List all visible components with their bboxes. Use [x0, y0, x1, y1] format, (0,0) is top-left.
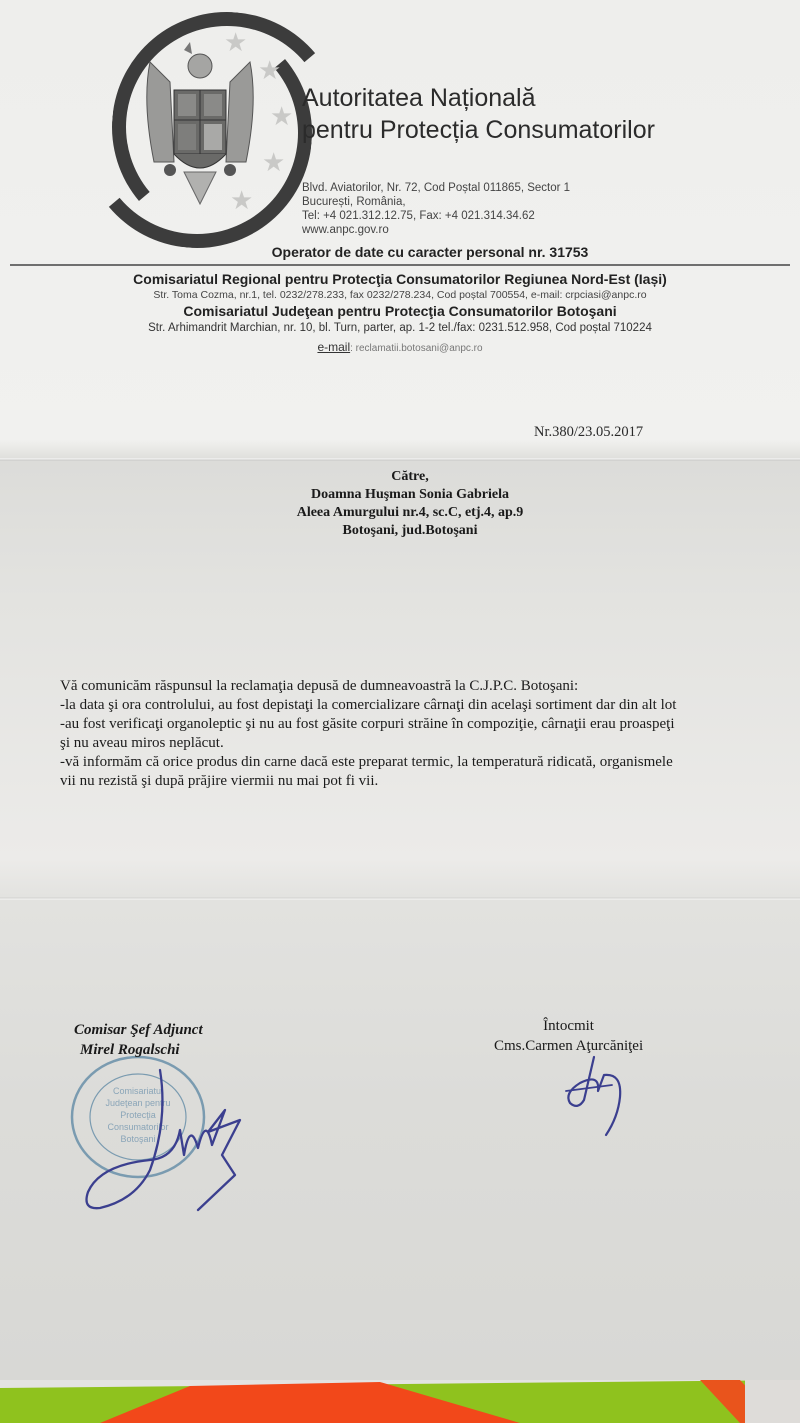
address-line: București, România,: [302, 195, 570, 209]
star-icon: ★: [262, 150, 285, 176]
header-divider: [10, 264, 790, 266]
county-office-title: Comisariatul Judeţean pentru Protecţia C…: [0, 302, 800, 320]
paper-fold: [0, 897, 800, 900]
recipient-salutation: Către,: [20, 468, 800, 486]
recipient-street: Aleea Amurgului nr.4, sc.C, etj.4, ap.9: [20, 504, 800, 522]
reference-number: Nr.380/23.05.2017: [534, 424, 643, 441]
signatory-name: Mirel Rogalschi: [74, 1040, 203, 1060]
star-icon: ★: [258, 58, 281, 84]
address-line: Blvd. Aviatorilor, Nr. 72, Cod Poștal 01…: [302, 181, 570, 195]
letter-page: ★ ★ ★ ★ ★ Autoritatea Națională pentru P…: [0, 0, 800, 1400]
email-label: e-mail: [317, 340, 350, 354]
body-paragraph: şi nu aveau miros neplăcut.: [60, 734, 780, 753]
signatory-title: Comisar Şef Adjunct: [74, 1020, 203, 1040]
phone-fax-line: Tel: +4 021.312.12.75, Fax: +4 021.314.3…: [302, 209, 570, 223]
tablecloth-background: [0, 1380, 800, 1423]
data-operator-number: Operator de date cu caracter personal nr…: [0, 244, 800, 260]
body-paragraph: -vă informăm că orice produs din carne d…: [60, 753, 780, 772]
body-paragraph: vii nu rezistă şi după prăjire viermii n…: [60, 772, 780, 791]
agency-name: Autoritatea Națională pentru Protecția C…: [302, 82, 655, 146]
agency-name-line1: Autoritatea Națională: [302, 82, 655, 114]
body-paragraph: -la data şi ora controlului, au fost dep…: [60, 696, 780, 715]
agency-name-line2: pentru Protecția Consumatorilor: [302, 114, 655, 146]
left-signatory: Comisar Şef Adjunct Mirel Rogalschi: [74, 1020, 203, 1060]
recipient-name: Doamna Huşman Sonia Gabriela: [20, 486, 800, 504]
paper-fold: [0, 458, 800, 461]
anpc-emblem-icon: ★ ★ ★ ★ ★: [112, 12, 302, 244]
county-office-address: Str. Arhimandrit Marchian, nr. 10, bl. T…: [0, 320, 800, 336]
recipient-city: Botoşani, jud.Botoşani: [20, 522, 800, 540]
body-paragraph: -au fost verificaţi organoleptic şi nu a…: [60, 715, 780, 734]
agency-address: Blvd. Aviatorilor, Nr. 72, Cod Poștal 01…: [302, 181, 570, 237]
signatory-name: Cms.Carmen Aţurcăniţei: [494, 1036, 643, 1056]
regional-office-address: Str. Toma Cozma, nr.1, tel. 0232/278.233…: [0, 288, 800, 302]
regional-office-title: Comisariatul Regional pentru Protecţia C…: [0, 270, 800, 288]
county-office-email: : reclamatii.botosani@anpc.ro: [350, 343, 482, 354]
signatory-title: Întocmit: [494, 1016, 643, 1036]
star-icon: ★: [270, 104, 293, 130]
eagle-coat-of-arms-icon: [140, 42, 260, 212]
handwritten-signature-icon: [560, 1055, 640, 1140]
handwritten-signature-icon: [80, 1060, 250, 1220]
recipient-block: Către, Doamna Huşman Sonia Gabriela Alee…: [0, 468, 800, 540]
county-office-email-row: e-mail: reclamatii.botosani@anpc.ro: [0, 338, 800, 356]
letter-body: Vă comunicăm răspunsul la reclamaţia dep…: [60, 677, 780, 791]
body-paragraph: Vă comunicăm răspunsul la reclamaţia dep…: [60, 677, 780, 696]
website-line: www.anpc.gov.ro: [302, 223, 570, 237]
office-details: Comisariatul Regional pentru Protecţia C…: [0, 270, 800, 356]
right-signatory: Întocmit Cms.Carmen Aţurcăniţei: [494, 1016, 643, 1056]
